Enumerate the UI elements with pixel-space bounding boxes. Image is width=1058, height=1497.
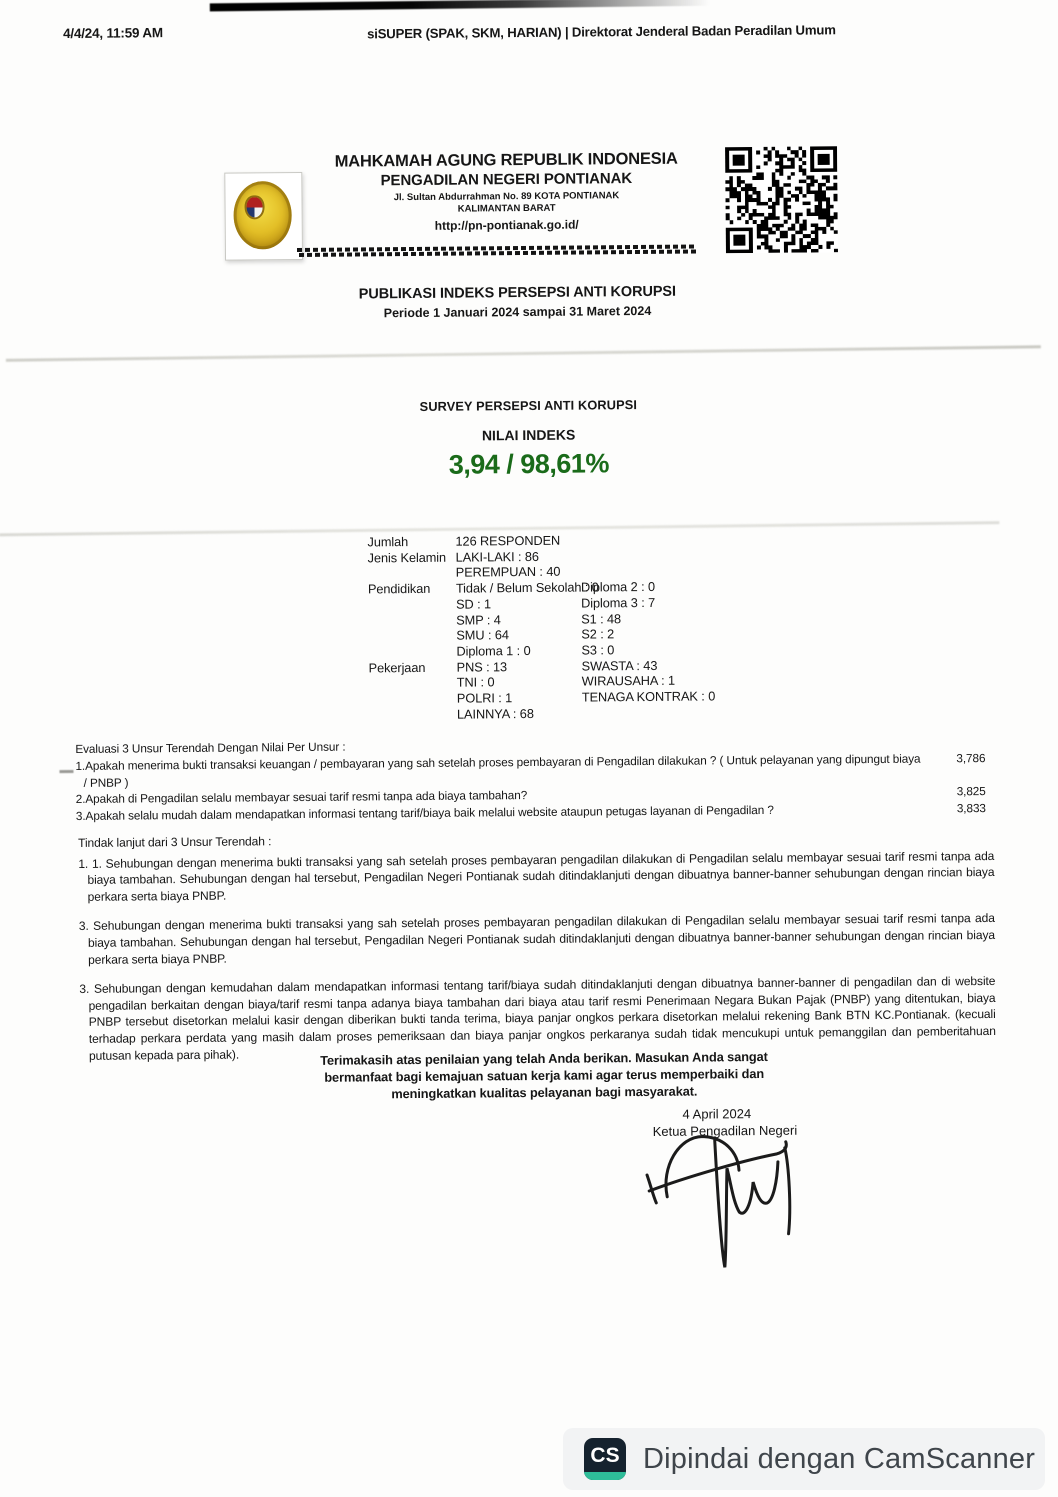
letterhead-website: http://pn-pontianak.go.id/ bbox=[307, 217, 707, 235]
row-value-2: WIRAUSAHA : 1 bbox=[582, 673, 715, 690]
scan-smudge-artifact bbox=[210, 0, 710, 11]
evaluation-items: 1.Apakah menerima bukti transaksi keuang… bbox=[75, 751, 968, 824]
camscanner-icon: CS bbox=[584, 1438, 626, 1480]
row-value-1: Diploma 1 : 0 bbox=[456, 642, 581, 659]
print-header-timestamp: 4/4/24, 11:59 AM bbox=[63, 25, 163, 41]
row-label bbox=[368, 628, 456, 644]
letterhead-court: PENGADILAN NEGERI PONTIANAK bbox=[306, 169, 706, 191]
seal-emblem-icon bbox=[246, 197, 262, 217]
evaluation-score: 3,833 bbox=[957, 800, 986, 817]
row-value-2 bbox=[582, 704, 715, 721]
row-value-2: S1 : 48 bbox=[581, 610, 714, 627]
row-value-2 bbox=[580, 531, 713, 548]
index-value: 3,94 / 98,61% bbox=[279, 447, 779, 482]
camscanner-label: Dipindai dengan CamScanner bbox=[643, 1443, 1035, 1476]
row-label bbox=[368, 565, 456, 581]
closing-note: Terimakasih atas penilaian yang telah An… bbox=[304, 1048, 784, 1103]
row-value-2: Diploma 2 : 0 bbox=[581, 578, 714, 595]
row-value-2: S3 : 0 bbox=[581, 641, 714, 658]
signature-date: 4 April 2024 bbox=[682, 1105, 884, 1122]
qr-code bbox=[725, 146, 838, 253]
followup-paragraph: 1. 1. Sehubungan dengan menerima bukti t… bbox=[78, 848, 994, 906]
row-label: Pendidikan bbox=[368, 581, 456, 597]
row-value-1: Tidak / Belum Sekolah : 0 bbox=[456, 580, 581, 597]
row-label: Jumlah bbox=[367, 534, 455, 550]
document-title: PUBLIKASI INDEKS PERSEPSI ANTI KORUPSI bbox=[257, 283, 777, 304]
court-seal-logo bbox=[224, 172, 303, 261]
row-value-1: 126 RESPONDEN bbox=[455, 533, 580, 550]
scanned-document-page: 4/4/24, 11:59 AM siSUPER (SPAK, SKM, HAR… bbox=[0, 0, 1058, 1497]
row-label bbox=[369, 691, 457, 707]
row-label bbox=[368, 644, 456, 660]
row-value-1: SMP : 4 bbox=[456, 611, 581, 628]
row-value-2 bbox=[581, 547, 714, 564]
row-value-1: POLRI : 1 bbox=[457, 690, 582, 707]
row-value-1: SMU : 64 bbox=[456, 627, 581, 644]
row-label: Jenis Kelamin bbox=[368, 549, 456, 565]
index-block: SURVEY PERSEPSI ANTI KORUPSI NILAI INDEK… bbox=[278, 396, 779, 482]
row-value-2: TENAGA KONTRAK : 0 bbox=[582, 688, 715, 705]
scan-fold-line bbox=[6, 345, 1041, 362]
index-label: NILAI INDEKS bbox=[279, 425, 779, 445]
seal-icon bbox=[233, 181, 292, 250]
evaluation-score: 3,786 bbox=[956, 750, 985, 767]
row-value-1: PEREMPUAN : 40 bbox=[456, 564, 581, 581]
row-value-2: Diploma 3 : 7 bbox=[581, 594, 714, 611]
letterhead-org: MAHKAMAH AGUNG REPUBLIK INDONESIA bbox=[306, 148, 706, 172]
row-value-1: SD : 1 bbox=[456, 595, 581, 612]
letterhead-province: KALIMANTAN BARAT bbox=[307, 202, 707, 217]
letterhead-divider bbox=[297, 245, 697, 257]
followup-section: Tindak lanjut dari 3 Unsur Terendah : 1.… bbox=[78, 827, 996, 1077]
scan-mark-artifact bbox=[59, 770, 73, 773]
row-value-1: LAKI-LAKI : 86 bbox=[456, 548, 581, 565]
handwritten-signature bbox=[627, 1123, 828, 1275]
document-content: 4/4/24, 11:59 AM siSUPER (SPAK, SKM, HAR… bbox=[0, 0, 1058, 1497]
row-label bbox=[369, 675, 457, 691]
evaluation-score: 3,825 bbox=[957, 783, 986, 800]
respondents-table: Jumlah 126 RESPONDEN Jenis Kelamin LAKI-… bbox=[367, 531, 715, 722]
print-header-title: siSUPER (SPAK, SKM, HARIAN) | Direktorat… bbox=[367, 22, 836, 41]
camscanner-icon-text: CS bbox=[590, 1444, 619, 1468]
evaluation-section: Evaluasi 3 Unsur Terendah Dengan Nilai P… bbox=[75, 733, 968, 824]
followup-paragraphs: 1. 1. Sehubungan dengan menerima bukti t… bbox=[78, 848, 996, 1065]
survey-title: SURVEY PERSEPSI ANTI KORUPSI bbox=[278, 396, 778, 415]
followup-paragraph: 3. Sehubungan dengan menerima bukti tran… bbox=[79, 910, 995, 968]
row-value-1: LAINNYA : 68 bbox=[457, 705, 582, 722]
document-period: Periode 1 Januari 2024 sampai 31 Maret 2… bbox=[257, 303, 777, 322]
row-value-2: S2 : 2 bbox=[581, 626, 714, 643]
signature-block: 4 April 2024 Ketua Pengadilan Negeri bbox=[564, 1105, 884, 1140]
camscanner-watermark-bar: CS Dipindai dengan CamScanner bbox=[563, 1428, 1045, 1490]
row-label bbox=[369, 706, 457, 722]
table-row: LAINNYA : 68 bbox=[369, 704, 715, 723]
row-label: Pekerjaan bbox=[369, 659, 457, 675]
row-value-2 bbox=[581, 563, 714, 580]
row-label bbox=[368, 612, 456, 628]
document-title-block: PUBLIKASI INDEKS PERSEPSI ANTI KORUPSI P… bbox=[257, 283, 777, 322]
row-value-2: SWASTA : 43 bbox=[582, 657, 715, 674]
row-value-1: PNS : 13 bbox=[457, 658, 582, 675]
letterhead: MAHKAMAH AGUNG REPUBLIK INDONESIA PENGAD… bbox=[306, 148, 707, 235]
row-value-1: TNI : 0 bbox=[457, 674, 582, 691]
row-label bbox=[368, 596, 456, 612]
